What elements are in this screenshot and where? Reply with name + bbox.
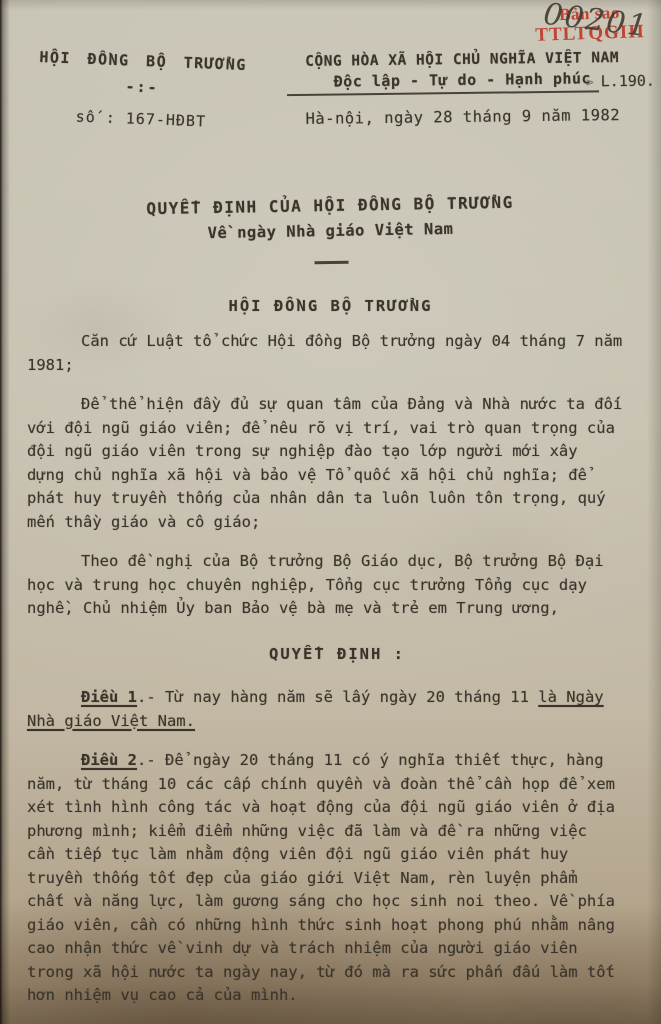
article-1-text: Từ nay hàng năm sẽ lấy ngày 20 tháng 11: [165, 688, 538, 706]
motto-underline: [287, 90, 599, 96]
reference-annotation: >L.190.: [586, 72, 655, 91]
preamble-paragraph-1: Căn cứ Luật tổ chức Hội đồng Bộ trưởng n…: [27, 330, 623, 377]
national-header-block: CỘNG HÒA XÃ HỘI CHỦ NGHĨA VIỆT NAM Độc l…: [270, 50, 656, 131]
separator-mark: -:-: [22, 73, 263, 100]
issuer-heading: HỘI ĐỒNG BỘ TRƯỞNG: [0, 297, 661, 315]
place-and-date: Hà-nội, ngày 28 tháng 9 năm 1982: [270, 106, 655, 129]
issuing-authority-block: HỘI ĐỒNG BỘ TRƯỞNG -:- số : 167-HĐBT: [21, 47, 264, 132]
article-2-label: Điều 2: [81, 751, 137, 769]
title-line-2: Về ngày Nhà giáo Việt Nam: [0, 216, 661, 246]
authority-name: HỘI ĐỒNG BỘ TRƯỞNG: [23, 47, 264, 74]
decision-heading: QUYẾT ĐỊNH :: [39, 643, 635, 667]
document-body: Căn cứ Luật tổ chức Hội đồng Bộ trưởng n…: [27, 330, 623, 1024]
document-header: HỘI ĐỒNG BỘ TRƯỞNG -:- số : 167-HĐBT CỘN…: [0, 52, 661, 128]
article-1: Điều 1.- Từ nay hàng năm sẽ lấy ngày 20 …: [27, 686, 623, 733]
preamble-paragraph-3: Theo đề nghị của Bộ trưởng Bộ Giáo dục, …: [27, 550, 623, 621]
reference-code: L.190.: [601, 72, 655, 91]
document-title-block: QUYẾT ĐỊNH CỦA HỘI ĐỒNG BỘ TRƯỞNG Về ngà…: [0, 190, 661, 270]
article-1-label: Điều 1: [81, 688, 137, 706]
article-2-separator: .-: [137, 751, 165, 769]
article-2: Điều 2.- Để ngày 20 tháng 11 có ý nghĩa …: [27, 749, 623, 1008]
preamble-paragraph-2: Để thể hiện đầy đủ sự quan tâm của Đảng …: [27, 393, 623, 534]
title-divider: [314, 261, 348, 265]
title-line-1: QUYẾT ĐỊNH CỦA HỘI ĐỒNG BỘ TRƯỞNG: [0, 190, 661, 221]
article-1-separator: .-: [137, 688, 165, 706]
scanned-document-page: Bản sao TTLTQGIII 00201 HỘI ĐỒNG BỘ TRƯỞ…: [0, 0, 661, 1024]
pen-mark: >: [586, 75, 594, 90]
document-number: số : 167-HĐBT: [21, 105, 262, 132]
country-name: CỘNG HÒA XÃ HỘI CHỦ NGHĨA VIỆT NAM: [270, 50, 655, 71]
article-2-text: Để ngày 20 tháng 11 có ý nghĩa thiết thự…: [27, 751, 615, 1004]
